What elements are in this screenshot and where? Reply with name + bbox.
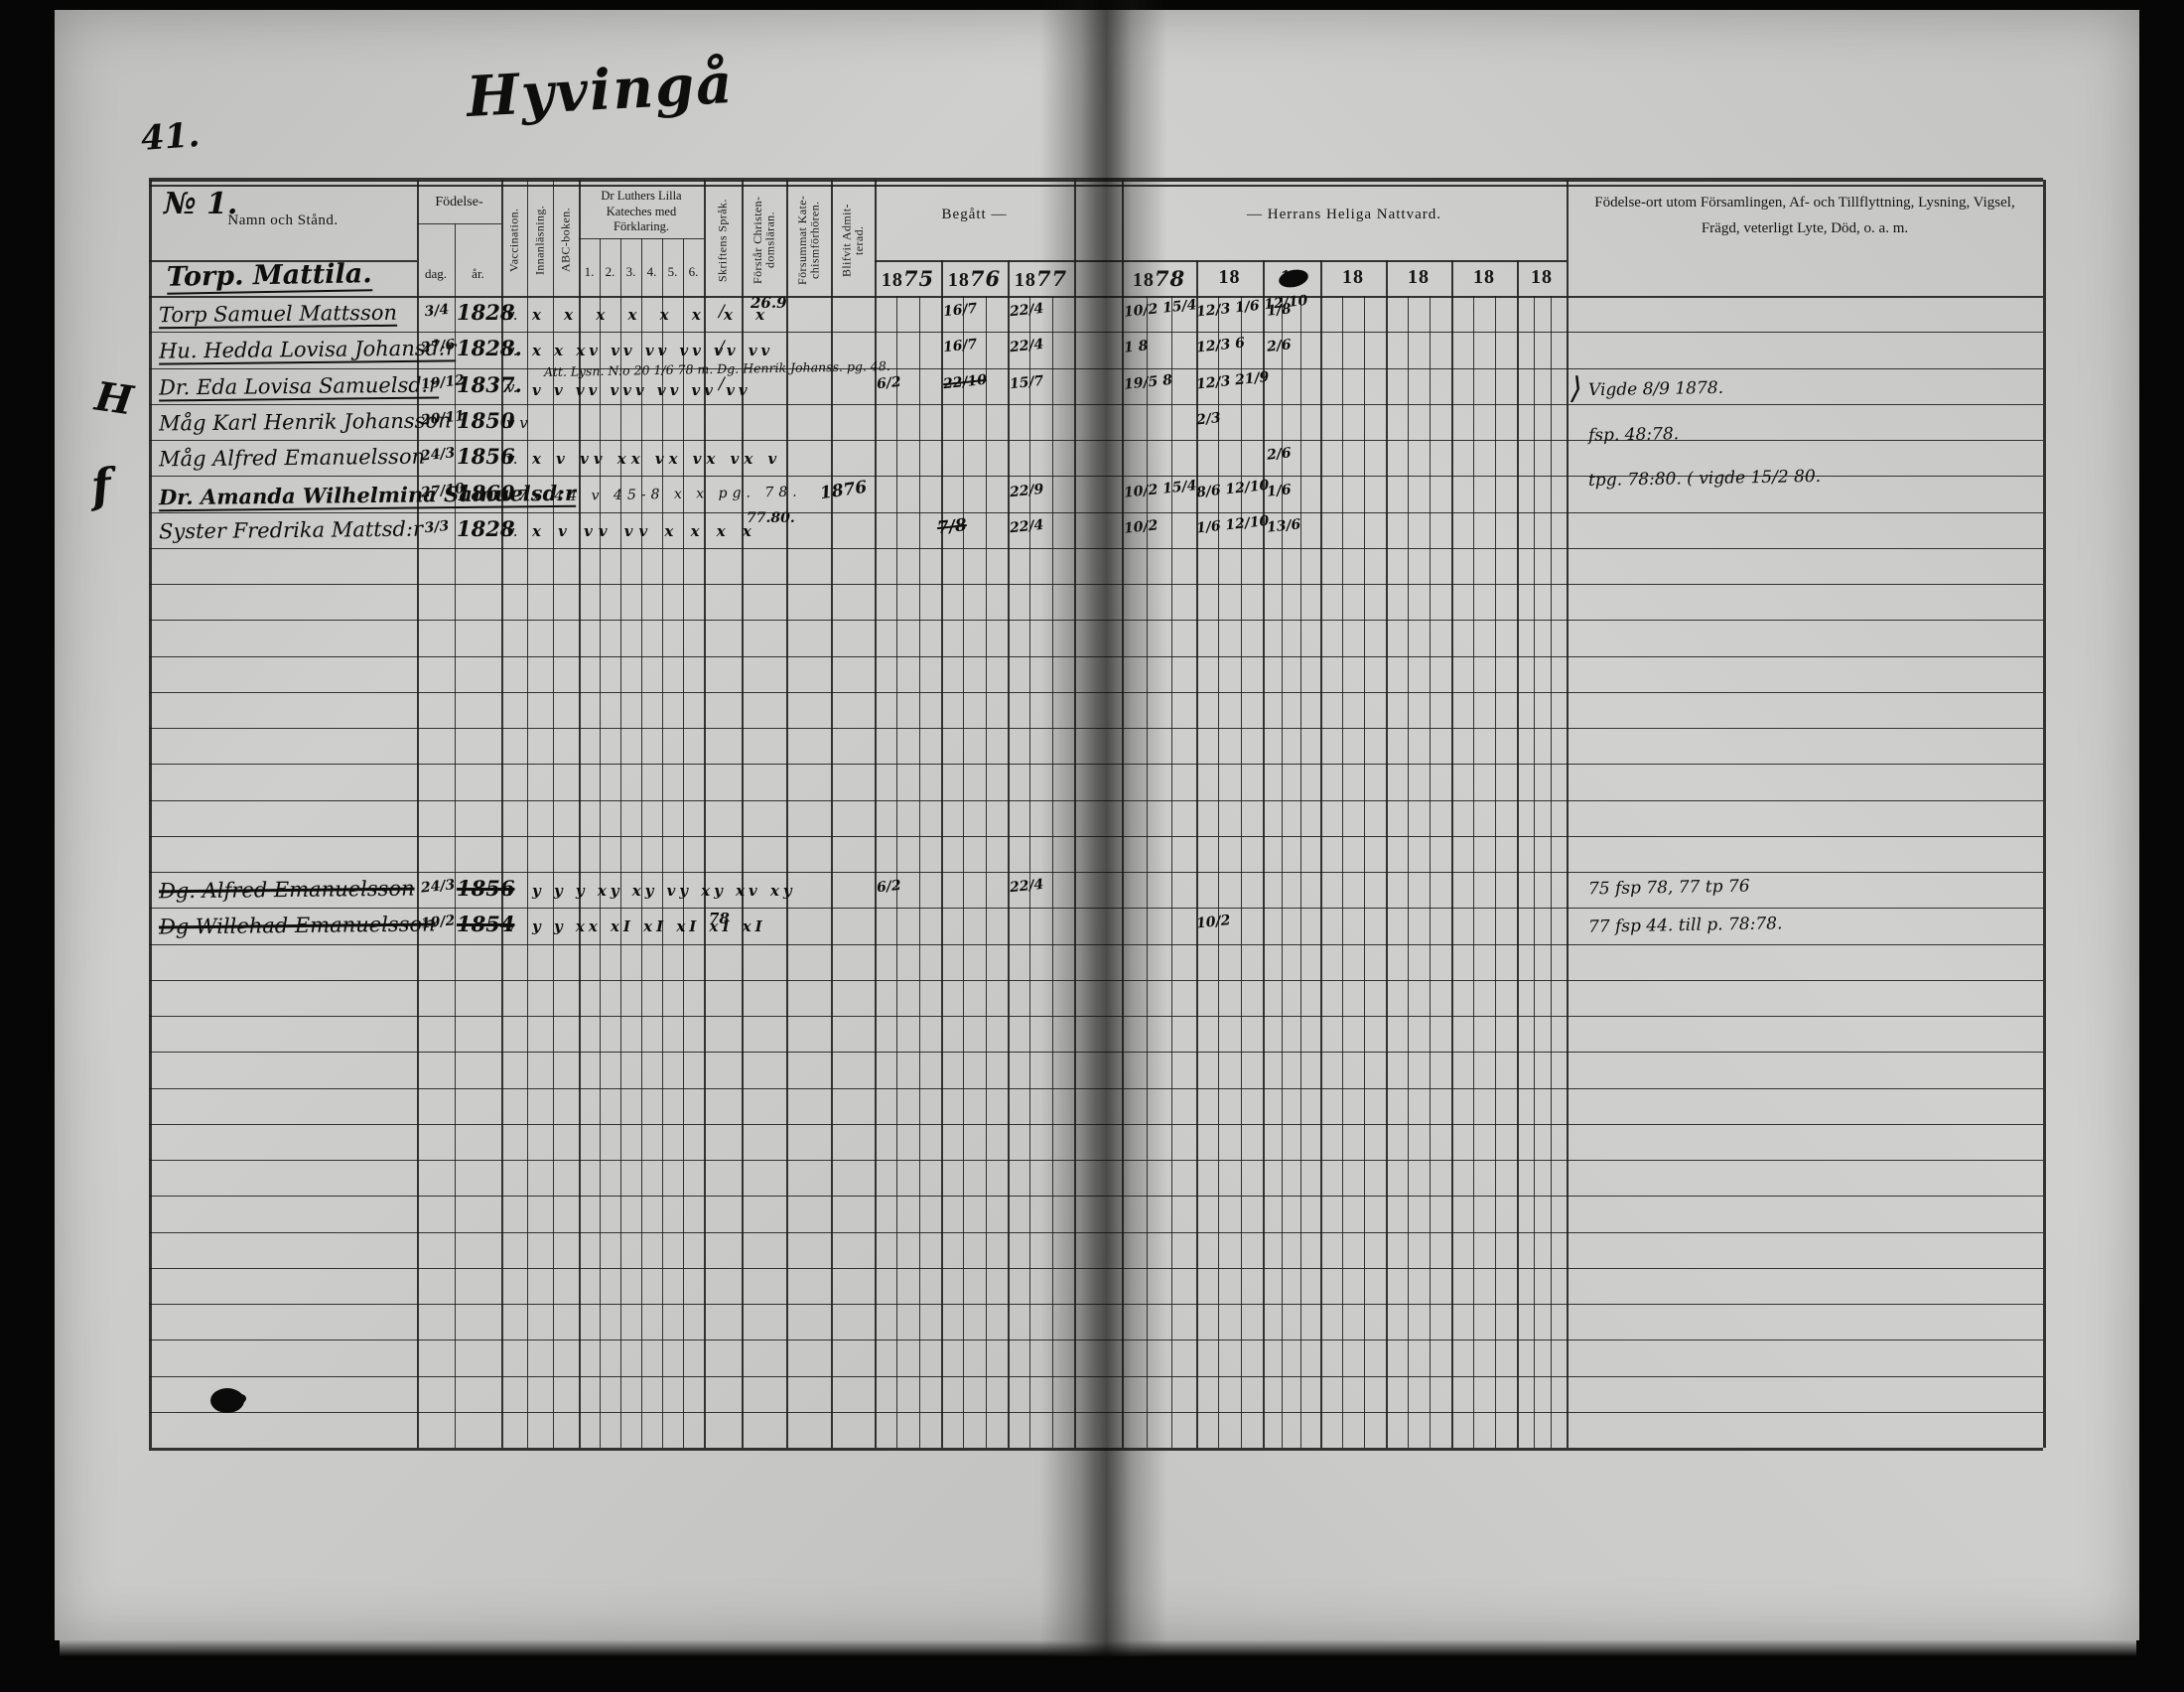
scripture-mark: / bbox=[719, 338, 725, 357]
catechism-sub-6: 6. bbox=[683, 264, 704, 280]
reading-marks: y y y xy xy vy xy xv xy bbox=[532, 882, 796, 900]
margin-note: Vigde 8/9 1878. bbox=[1588, 378, 1723, 400]
vaccination-mark: v. bbox=[506, 342, 517, 359]
reading-marks: x v vv xx vx vx vx v bbox=[532, 450, 781, 468]
reading-marks: x x x x x x x x bbox=[532, 306, 773, 324]
vaccination-column-header: Vaccination. bbox=[501, 189, 527, 292]
birth-day: 19/12 bbox=[420, 374, 453, 391]
birth-day: 3/4 bbox=[420, 302, 453, 319]
birth-day: 27/6 bbox=[420, 338, 453, 354]
entry-name: Dg. Alfred Emanuelsson bbox=[159, 877, 415, 904]
vaccination-mark: v. bbox=[506, 378, 517, 396]
parish-title: Hyvingå bbox=[465, 51, 736, 130]
entry-name: Hu. Hedda Lovisa Johansd:r bbox=[159, 336, 456, 364]
entry-name: Måg Alfred Emanuelsson bbox=[159, 445, 425, 472]
ink-blot bbox=[236, 1394, 246, 1403]
notes-column-header-line2: Frägd, veterligt Lyte, Död, o. a. m. bbox=[1572, 220, 2037, 237]
catechism-sub-4: 4. bbox=[641, 264, 662, 280]
marginalia-mark: H bbox=[92, 373, 136, 425]
missed-catechism-column-header: Försummat Kate- chismförhören. bbox=[786, 189, 831, 292]
margin-note-brace: ⟩ bbox=[1570, 371, 1582, 406]
birth-day: 20/11 bbox=[420, 410, 453, 427]
catechism-sub-5: 5. bbox=[662, 264, 683, 280]
birth-day: 27/10 bbox=[420, 483, 453, 499]
vaccination-mark: v. bbox=[506, 450, 517, 468]
entry-name: Dr. Eda Lovisa Samuelsd:r bbox=[159, 373, 439, 402]
scripture-mark: 78 bbox=[709, 910, 730, 927]
vaccination-mark: v bbox=[506, 882, 514, 900]
communion-header-right: — Herrans Heliga Nattvard. bbox=[1122, 207, 1567, 223]
year-18-blank-6: 18 bbox=[1517, 266, 1567, 289]
catechism-sub-2: 2. bbox=[600, 264, 620, 280]
year-1878: 1878 bbox=[1122, 266, 1196, 292]
reading-marks: x x xv vv vv vv vv vv bbox=[532, 342, 773, 359]
scripture-mark: / bbox=[719, 374, 725, 394]
vaccination-mark: v v bbox=[506, 414, 528, 432]
birth-day: 19/2 bbox=[420, 914, 453, 930]
entry-name: Syster Fredrika Mattsd:r bbox=[159, 517, 423, 544]
catechism-sub-1: 1. bbox=[579, 264, 600, 280]
reading-column-header: Innanläsning. bbox=[527, 189, 553, 292]
household-heading: Torp. Mattila. bbox=[167, 258, 372, 295]
birth-day: 3/3 bbox=[420, 518, 453, 535]
birth-year-header: år. bbox=[455, 266, 501, 282]
margin-note: 75 fsp 78, 77 tp 76 bbox=[1588, 877, 1750, 900]
year-1875: 1875 bbox=[875, 266, 941, 292]
reading-marks: x v vv vv x x x x bbox=[532, 522, 757, 540]
reading-marks: y y xx xI xI xI xI xI bbox=[532, 917, 766, 935]
christianity-note: 77.80. bbox=[747, 510, 795, 526]
vaccination-mark: v bbox=[506, 917, 514, 935]
vaccination-mark: v. bbox=[506, 306, 517, 324]
scripture-mark: / bbox=[719, 302, 725, 322]
page-number: 41. bbox=[140, 115, 202, 159]
catechism-sub-3: 3. bbox=[620, 264, 641, 280]
birth-day-header: dag. bbox=[417, 266, 455, 282]
birth-header: Födelse- bbox=[417, 195, 501, 211]
christianity-note: 26.9 bbox=[751, 294, 787, 312]
entry-name: Torp Samuel Mattsson bbox=[159, 301, 397, 330]
year-1877: 1877 bbox=[1008, 266, 1074, 292]
vaccination-mark: v 7 bbox=[504, 487, 527, 504]
year-18-blank-4: 18 bbox=[1386, 266, 1451, 289]
margin-note: 77 fsp 44. till p. 78:78. bbox=[1588, 914, 1783, 936]
catechism-header: Dr Luthers Lilla Kateches med Förklaring… bbox=[579, 189, 704, 235]
entry-name: Dg Willehad Emanuelsson bbox=[159, 913, 436, 939]
year-18-blank-3: 18 bbox=[1320, 266, 1386, 289]
year-18-blank-1: 18 bbox=[1196, 266, 1263, 289]
entry-name: Måg Karl Henrik Johansson bbox=[159, 408, 452, 435]
understands-christianity-column-header: Förstår Christen- domsläran. bbox=[742, 189, 786, 292]
book-photo: 41. Hyvingå № 1. Namn och Stånd. Födelse… bbox=[0, 0, 2184, 1692]
birth-day: 24/3 bbox=[420, 878, 453, 895]
year-18-blank-5: 18 bbox=[1451, 266, 1517, 289]
abc-book-column-header: ABC-boken. bbox=[553, 189, 579, 292]
admitted-column-header: Blifvit Admit- terad. bbox=[831, 189, 875, 292]
communion-header-left: Begått — bbox=[875, 207, 1074, 223]
page-stack-edge bbox=[60, 1640, 2136, 1656]
birth-day: 24/3 bbox=[420, 446, 453, 463]
margin-note: tpg. 78:80. ( vigde 15/2 80. bbox=[1588, 467, 1821, 491]
vaccination-mark: v. bbox=[506, 522, 517, 540]
year-1876: 1876 bbox=[941, 266, 1008, 292]
right-page bbox=[1097, 10, 2139, 1640]
scripture-language-column-header: Skriftens Språk. bbox=[704, 189, 742, 292]
margin-note: fsp. 48:78. bbox=[1588, 424, 1679, 446]
notes-column-header-line1: Födelse-ort utom Församlingen, Af- och T… bbox=[1572, 195, 2037, 211]
record-number: № 1. bbox=[164, 187, 237, 221]
